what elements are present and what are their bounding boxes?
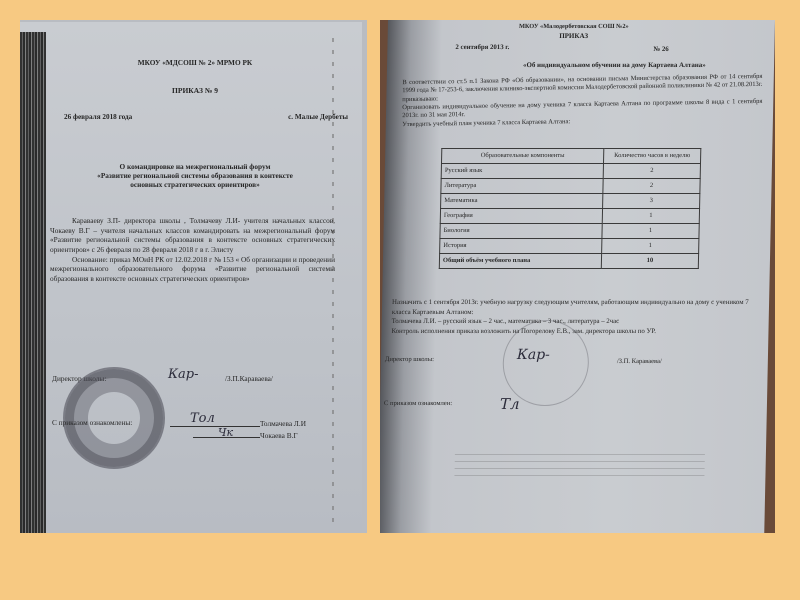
subject-line-3: основных стратегических ориентиров» [50,180,340,189]
table-row: Математика3 [441,194,700,209]
subject-cell: Математика [441,194,603,209]
table-row: Биология1 [440,224,699,239]
director-signature: Кар- [168,366,199,384]
acknowledged-label: С приказом ознакомлен: [384,400,452,409]
header-components: Образовательные компоненты [441,149,603,164]
hours-cell: 1 [602,209,699,224]
left-organization: МКОУ «МДСОШ № 2» МРМО РК [50,58,340,68]
hours-cell: 1 [602,239,699,254]
hours-cell: 1 [602,224,699,239]
left-document-page: МКОУ «МДСОШ № 2» МРМО РК ПРИКАЗ № 9 26 ф… [20,22,362,533]
right-order-title: ПРИКАЗ [444,32,704,41]
right-order-number: № 26 [653,45,669,54]
right-document-page: МКОУ «Малодербетовская СОШ №2» ПРИКАЗ 2 … [380,20,775,533]
table-row: Русский язык2 [441,164,700,179]
left-order-subject: О командировке на межрегиональный форум … [50,162,340,189]
right-organization: МКОУ «Малодербетовская СОШ №2» [444,23,704,32]
right-order-date: 2 сентября 2013 г. [455,43,509,52]
acknowledged-label: С приказом ознакомлены: [52,418,132,428]
director-label: Директор школы: [385,356,434,365]
right-order-assignments: Назначить с 1 сентября 2013г. учебную на… [391,298,764,336]
hours-cell: 2 [603,179,700,194]
order-item-3-teacher: Толмачева Л.И. – русский язык – 2 час., … [392,317,764,327]
subject-cell: География [440,209,602,224]
order-item-3: Назначить с 1 сентября 2013г. учебную на… [392,298,764,317]
acknowledged-name-2: Чокаева В.Г [260,431,298,441]
acknowledged-signature-1: Тол [190,410,215,428]
acknowledged-signature-2: Чк [218,426,233,441]
left-document-photo: МКОУ «МДСОШ № 2» МРМО РК ПРИКАЗ № 9 26 ф… [20,20,367,533]
subject-line-2: «Развитие региональной системы образован… [50,171,340,180]
right-order-basis: В соответствии со ст.5 п.1 Закона РФ «Об… [402,73,762,129]
hours-cell: 3 [603,194,700,209]
director-signature: Кар- [517,346,550,365]
subject-cell: Биология [440,224,602,239]
subject-cell: Литература [441,179,603,194]
curriculum-table: Образовательные компоненты Количество ча… [439,148,702,269]
left-order-date: 26 февраля 2018 года [64,113,132,123]
body-paragraph-1: Караваеву З.П- директора школы , Толмаче… [50,216,335,255]
acknowledged-signature: Тл [500,394,520,414]
table-header-row: Образовательные компоненты Количество ча… [441,149,700,164]
hours-cell: 2 [603,164,700,179]
subject-cell: Русский язык [441,164,603,179]
table-total-row: Общий объём учебного плана 10 [439,254,698,269]
table-row: История1 [440,239,699,254]
left-order-place: с. Малые Дербеты [288,113,348,123]
total-label: Общий объём учебного плана [439,254,601,269]
subject-line-1: О командировке на межрегиональный форум [50,162,340,171]
left-order-body: Караваеву З.П- директора школы , Толмаче… [50,216,335,283]
subject-cell: История [440,239,602,254]
table-row: География1 [440,209,699,224]
total-hours: 10 [601,254,698,269]
acknowledged-name-1: Толмачева Л.И [260,419,306,429]
header-hours: Количество часов в неделю [603,149,700,164]
director-name: /З.П.Караваева/ [225,374,273,384]
right-order-subject: «Об индивидуальном обучении на дому Карт… [523,61,706,70]
body-paragraph-2: Основание: приказ МОиН РК от 12.02.2018 … [50,255,335,284]
table-row: Литература2 [441,179,700,194]
right-document-photo: МКОУ «Малодербетовская СОШ №2» ПРИКАЗ 2 … [380,20,775,533]
scan-artifact-strip [20,32,46,533]
signature-line-1 [170,426,260,427]
director-name: /З.П. Караваева/ [617,358,662,367]
bleed-through-text [454,450,705,476]
left-order-title: ПРИКАЗ № 9 [50,86,340,96]
